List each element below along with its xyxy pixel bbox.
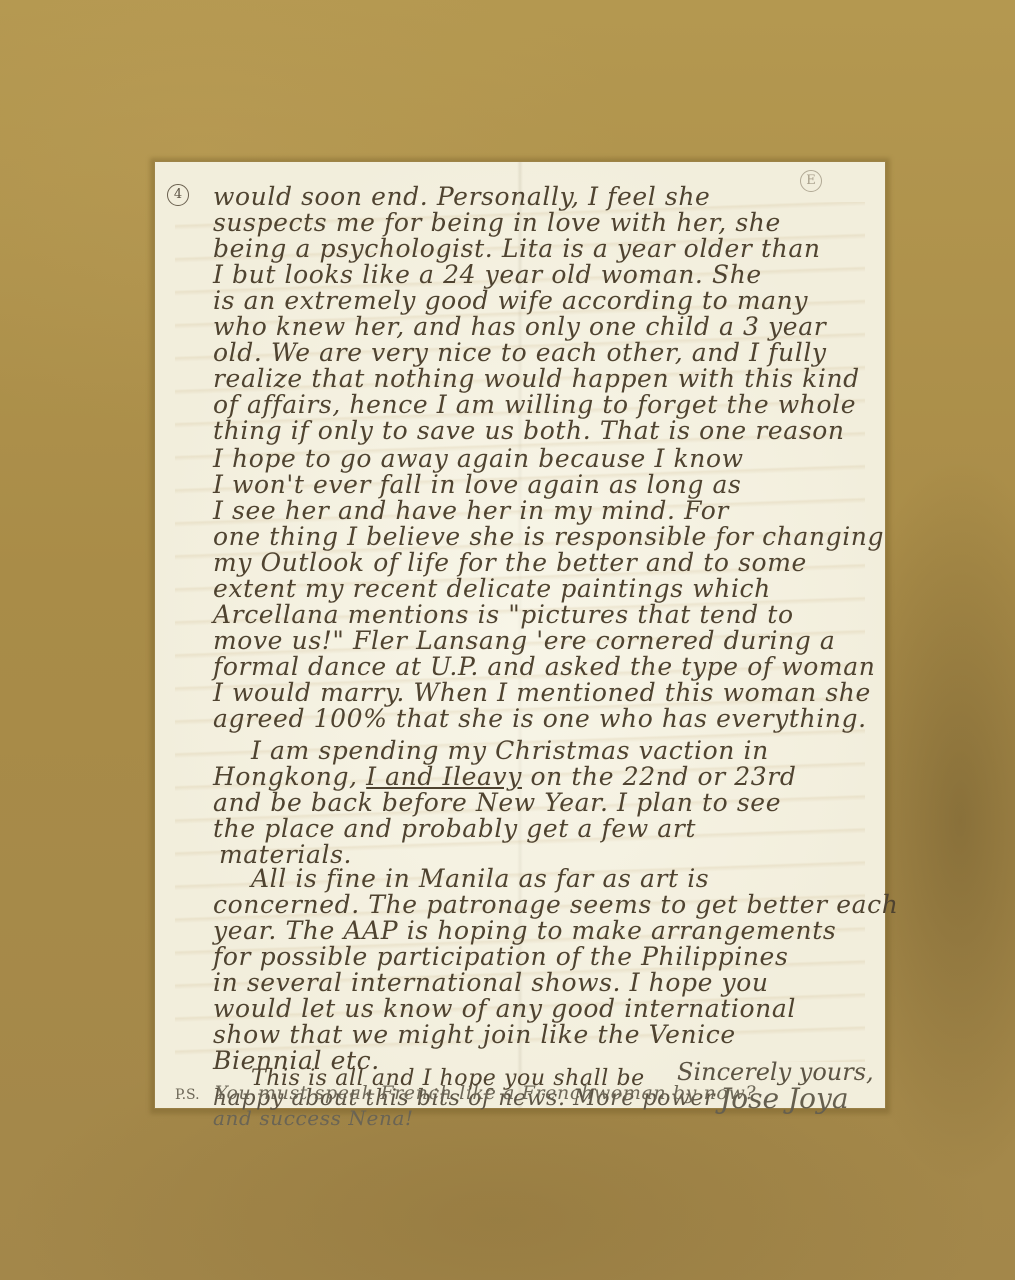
letter-line: I would marry. When I mentioned this wom…	[213, 678, 871, 707]
letter-line: and success Nena!	[213, 1106, 414, 1130]
letter-line: and be back before New Year. I plan to s…	[213, 788, 781, 817]
postscript-text: You must speak French like a Frenchwoman…	[215, 1082, 756, 1104]
letter-line: old. We are very nice to each other, and…	[213, 338, 827, 367]
date-text: on the 22nd or 23rd	[531, 762, 797, 791]
letter-line: thing if only to save us both. That is o…	[213, 416, 845, 445]
letter-page: 4 E would soon end. Personally, I feel s…	[155, 162, 885, 1108]
letter-line: would let us know of any good internatio…	[213, 994, 796, 1023]
letter-line: is an extremely good wife according to m…	[213, 286, 808, 315]
letter-line: one thing I believe she is responsible f…	[213, 522, 884, 551]
letter-line: in several international shows. I hope y…	[213, 968, 769, 997]
letter-line: Arcellana mentions is "pictures that ten…	[213, 600, 794, 629]
page-number-circled-left: 4	[167, 184, 189, 206]
letter-line: agreed 100% that she is one who has ever…	[213, 704, 867, 733]
postscript-label: P.S.	[175, 1087, 200, 1103]
letter-line: who knew her, and has only one child a 3…	[213, 312, 826, 341]
letter-line: move us!" Fler Lansang 'ere cornered dur…	[213, 626, 835, 655]
letter-line: show that we might join like the Venice	[213, 1020, 736, 1049]
letter-line: for possible participation of the Philip…	[213, 942, 788, 971]
letter-line: I but looks like a 24 year old woman. Sh…	[213, 260, 762, 289]
letter-line: year. The AAP is hoping to make arrangem…	[213, 916, 836, 945]
letter-line-hongkong: Hongkong, I and Ileavy on the 22nd or 23…	[213, 762, 796, 791]
struck-out-text: I and Ileavy	[366, 762, 522, 791]
letter-line: I hope to go away again because I know	[213, 444, 744, 473]
letter-line: would soon end. Personally, I feel she	[213, 182, 710, 211]
letter-line: I am spending my Christmas vaction in	[251, 736, 769, 765]
letter-line: extent my recent delicate paintings whic…	[213, 574, 771, 603]
letter-line: of affairs, hence I am willing to forget…	[213, 390, 856, 419]
letter-line: formal dance at U.P. and asked the type …	[213, 652, 875, 681]
letter-line: my Outlook of life for the better and to…	[213, 548, 807, 577]
page-number-circled-right: E	[800, 170, 822, 192]
letter-line: concerned. The patronage seems to get be…	[213, 890, 898, 919]
letter-line: realize that nothing would happen with t…	[213, 364, 860, 393]
letter-line: suspects me for being in love with her, …	[213, 208, 781, 237]
letter-line: the place and probably get a few art	[213, 814, 696, 843]
letter-line: being a psychologist. Lita is a year old…	[213, 234, 821, 263]
letter-line: I won't ever fall in love again as long …	[213, 470, 741, 499]
place-hongkong: Hongkong,	[213, 762, 358, 791]
letter-line: All is fine in Manila as far as art is	[251, 864, 709, 893]
letter-line: I see her and have her in my mind. For	[213, 496, 729, 525]
